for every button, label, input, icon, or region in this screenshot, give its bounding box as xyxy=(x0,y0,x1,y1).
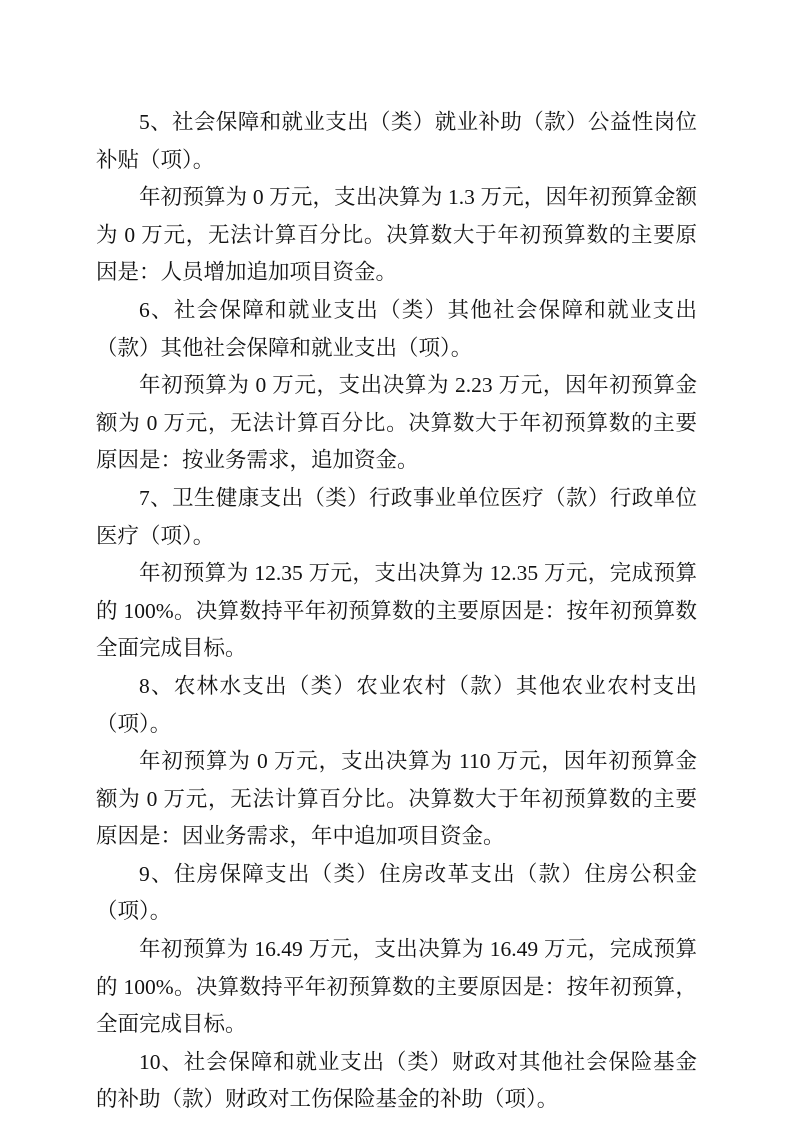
document-page: 5、社会保障和就业支出（类）就业补助（款）公益性岗位补贴（项）。 年初预算为 0… xyxy=(0,0,793,1122)
section-9-heading: 9、住房保障支出（类）住房改革支出（款）住房公积金（项）。 xyxy=(96,856,697,931)
section-5-heading: 5、社会保障和就业支出（类）就业补助（款）公益性岗位补贴（项）。 xyxy=(96,104,697,179)
section-7-heading: 7、卫生健康支出（类）行政事业单位医疗（款）行政单位医疗（项）。 xyxy=(96,480,697,555)
section-9-body: 年初预算为 16.49 万元，支出决算为 16.49 万元，完成预算的 100%… xyxy=(96,931,697,1044)
section-6-heading: 6、社会保障和就业支出（类）其他社会保障和就业支出（款）其他社会保障和就业支出（… xyxy=(96,292,697,367)
document-content: 5、社会保障和就业支出（类）就业补助（款）公益性岗位补贴（项）。 年初预算为 0… xyxy=(96,104,697,1119)
section-8-heading: 8、农林水支出（类）农业农村（款）其他农业农村支出（项）。 xyxy=(96,668,697,743)
section-7-body: 年初预算为 12.35 万元，支出决算为 12.35 万元，完成预算的 100%… xyxy=(96,555,697,668)
section-5-body: 年初预算为 0 万元，支出决算为 1.3 万元，因年初预算金额为 0 万元，无法… xyxy=(96,179,697,292)
section-10-heading: 10、社会保障和就业支出（类）财政对其他社会保险基金的补助（款）财政对工伤保险基… xyxy=(96,1044,697,1119)
section-8-body: 年初预算为 0 万元，支出决算为 110 万元，因年初预算金额为 0 万元，无法… xyxy=(96,743,697,856)
section-6-body: 年初预算为 0 万元，支出决算为 2.23 万元，因年初预算金额为 0 万元，无… xyxy=(96,367,697,480)
